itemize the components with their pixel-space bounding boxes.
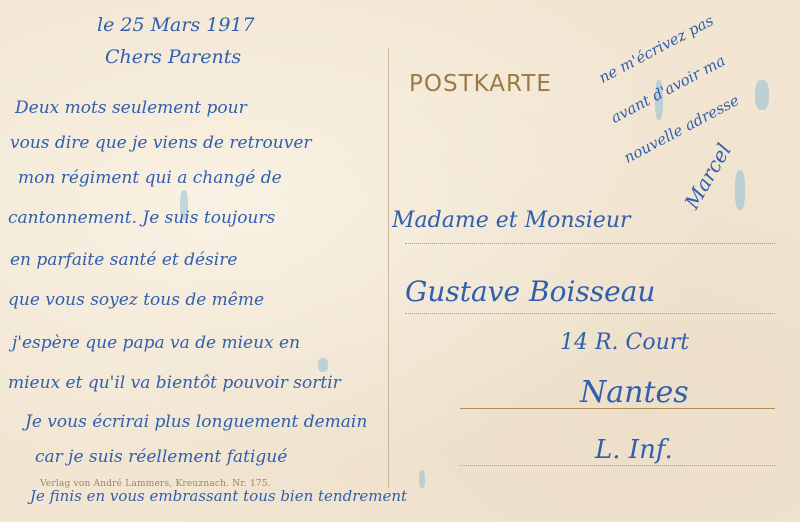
ink-stain <box>318 358 328 372</box>
ink-stain <box>755 80 769 110</box>
address-city: Nantes <box>580 375 689 410</box>
signature: Marcel <box>680 139 736 213</box>
address-line-4 <box>460 465 775 466</box>
ink-stain <box>419 470 425 488</box>
message-line: que vous soyez tous de même <box>8 290 264 310</box>
publisher-imprint: Verlag von André Lammers, Kreuznach. Nr.… <box>40 479 271 489</box>
message-line: mon régiment qui a changé de <box>18 168 282 188</box>
message-line: car je suis réellement fatigué <box>35 447 287 467</box>
message-line: mieux et qu'il va bientôt pouvoir sortir <box>8 373 341 393</box>
message-line: Je vous écrirai plus longuement demain <box>25 412 367 432</box>
center-divider <box>388 48 389 488</box>
message-date: le 25 Mars 1917 <box>97 14 255 36</box>
address-line-1 <box>405 243 775 244</box>
address-recipient-name: Gustave Boisseau <box>405 275 655 308</box>
message-line: Je finis en vous embrassant tous bien te… <box>30 487 407 505</box>
message-line: cantonnement. Je suis toujours <box>8 208 275 228</box>
address-line-2 <box>405 313 775 314</box>
ink-stain <box>735 170 745 210</box>
message-line: Deux mots seulement pour <box>15 98 247 118</box>
address-street: 14 R. Court <box>560 330 689 355</box>
message-line: vous dire que je viens de retrouver <box>10 133 312 153</box>
address-recipient-title: Madame et Monsieur <box>392 208 631 233</box>
postkarte-title: POSTKARTE <box>409 71 552 97</box>
postcard: POSTKARTE le 25 Mars 1917 Chers Parents … <box>0 0 800 522</box>
address-department: L. Inf. <box>595 435 673 465</box>
message-line: j'espère que papa va de mieux en <box>12 333 300 353</box>
message-line: en parfaite santé et désire <box>10 250 237 270</box>
message-salutation: Chers Parents <box>105 46 241 68</box>
